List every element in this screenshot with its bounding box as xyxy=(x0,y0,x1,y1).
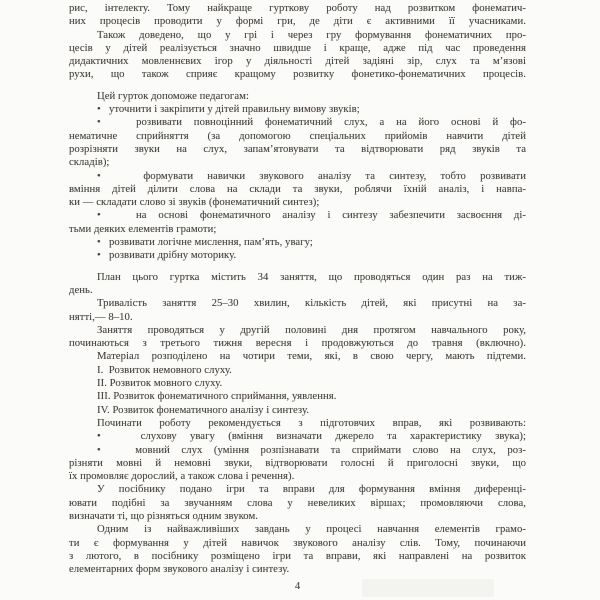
text-line: У посібнику подано ігри та вправи для фо… xyxy=(69,483,526,496)
text-line: нематичне сприйняття (за допомогою спеці… xyxy=(69,130,526,143)
text-line: Заняття проводяться у другій половині дн… xyxy=(69,324,526,337)
bullet-line: • розвивати повноцінний фонематичний слу… xyxy=(69,116,526,129)
text-block: рис, інтелекту. Тому найкраще гурткову р… xyxy=(69,2,526,576)
text-line: Також доведено, що у грі і через гру фор… xyxy=(69,29,526,42)
bullet-line: • уточнити і закріпити у дітей правильну… xyxy=(69,103,526,116)
text-line: нятті,— 8–10. xyxy=(69,311,526,324)
bullet-line: • на основі фонематичного аналізу і синт… xyxy=(69,209,526,222)
text-line: вміння дітей ділити слова на склади та з… xyxy=(69,183,526,196)
text-line: них процесів проводити у формі гри, де д… xyxy=(69,15,526,28)
scanned-book-page: рис, інтелекту. Тому найкраще гурткову р… xyxy=(0,0,600,600)
numbered-item: I. Розвиток немовного слуху. xyxy=(69,364,526,377)
text-line: тьми деяких елементів грамоти; xyxy=(69,223,526,236)
text-line: Одним із найважливіших завдань у процесі… xyxy=(69,523,526,536)
bullet-line: • слухову увагу (вміння визначати джерел… xyxy=(69,430,526,443)
text-line: різняти мовні й немовні звуки, відтворюв… xyxy=(69,457,526,470)
numbered-item: III. Розвиток фонематичного сприймання, … xyxy=(69,390,526,403)
text-line: дидактичних мовленнєвих ігор у діяльност… xyxy=(69,55,526,68)
text-line: План цього гуртка містить 34 заняття, що… xyxy=(69,271,526,284)
text-line: розрізняти звуки на слух, запам’ятовуват… xyxy=(69,143,526,156)
text-line: рис, інтелекту. Тому найкраще гурткову р… xyxy=(69,2,526,15)
numbered-item: IV. Розвиток фонематичного аналізу і син… xyxy=(69,404,526,417)
text-line: рухи, що також сприяє кращому розвитку ф… xyxy=(69,68,526,81)
text-line: Цей гурток допоможе педагогам: xyxy=(69,90,526,103)
text-line: складів); xyxy=(69,156,526,169)
text-line: їх промовляє дорослий, а також слова і р… xyxy=(69,470,526,483)
text-line: цесів у дітей реалізується значно швидше… xyxy=(69,42,526,55)
bullet-line: • розвивати дрібну моторику. xyxy=(69,249,526,262)
text-line: Тривалість заняття 25–30 хвилин, кількіс… xyxy=(69,297,526,310)
text-line: ки — складати слово зі звуків (фонематич… xyxy=(69,196,526,209)
text-line: ювати подібні за звучанням слова у невел… xyxy=(69,497,526,510)
page-number: 4 xyxy=(69,580,526,592)
text-line: ти є формування у дітей навичок звуковог… xyxy=(69,537,526,550)
bullet-line: • розвивати логічне мислення, пам’ять, у… xyxy=(69,236,526,249)
text-line: день. xyxy=(69,284,526,297)
bullet-line: • мовний слух (уміння розпізнавати та сп… xyxy=(69,444,526,457)
numbered-item: II. Розвиток мовного слуху. xyxy=(69,377,526,390)
text-line: Матеріал розподілено на чотири теми, які… xyxy=(69,350,526,363)
text-line: елементарних форм звукового аналізу і си… xyxy=(69,563,526,576)
text-line: визначати ті, що різняться одним звуком. xyxy=(69,510,526,523)
text-line: з лютого, в посібнику розміщено ігри та … xyxy=(69,550,526,563)
bullet-line: • формувати навички звукового аналізу та… xyxy=(69,170,526,183)
text-line: починаються з третього тижня вересня і п… xyxy=(69,337,526,350)
text-line: Починати роботу рекомендується з підгото… xyxy=(69,417,526,430)
